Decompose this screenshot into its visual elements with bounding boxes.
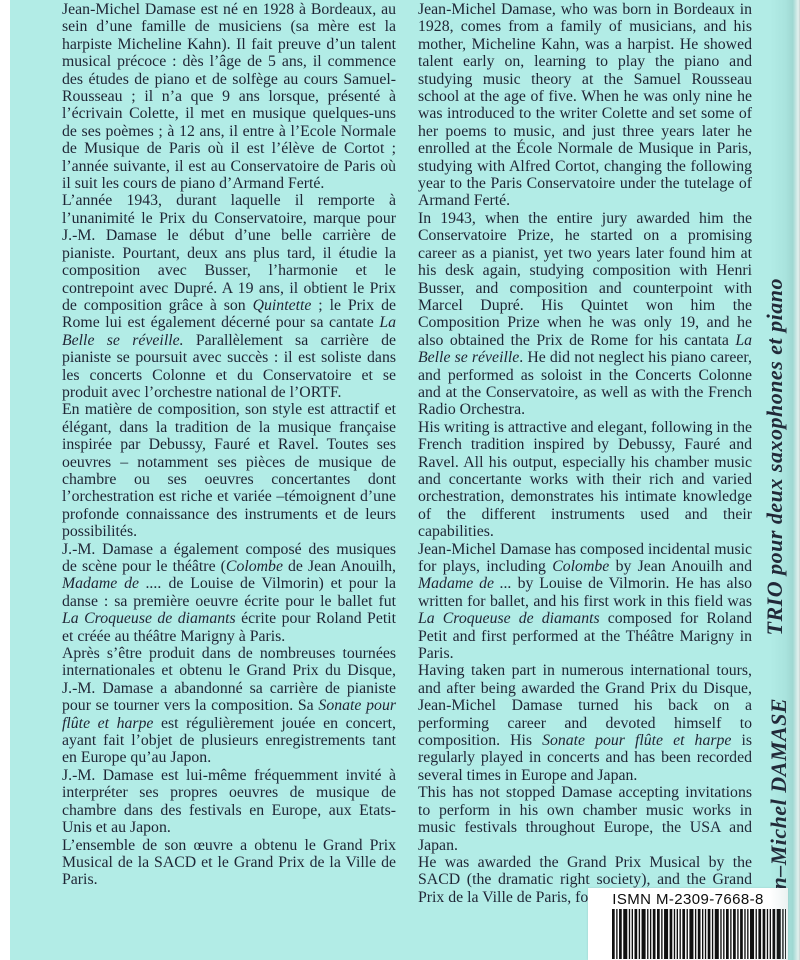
- scan-left-paper-edge: [0, 0, 10, 960]
- paragraph: L’année 1943, durant laquelle il remport…: [62, 192, 396, 401]
- text-run: L’ensemble de son œuvre a obtenu le Gran…: [62, 837, 396, 889]
- italic-title-text: Colombe: [226, 558, 283, 575]
- italic-title-text: Sonate pour flûte et harpe: [542, 732, 731, 749]
- paragraph: J.-M. Damase a également composé des mus…: [62, 541, 396, 645]
- paragraph: Après s’être produit dans de nombreuses …: [62, 645, 396, 767]
- paragraph: In 1943, when the entire jury awarded hi…: [418, 210, 752, 419]
- text-run: by Jean Anouilh and: [609, 558, 752, 575]
- barcode-image: [590, 909, 786, 959]
- text-run: Jean-Michel Damase est né en 1928 à Bord…: [62, 1, 396, 192]
- text-run: L’année 1943, durant laquelle il remport…: [62, 192, 396, 313]
- text-run: Jean-Michel Damase, who was born in Bord…: [418, 1, 752, 209]
- italic-title-text: La Croqueuse de diamants: [418, 610, 600, 627]
- paragraph: Jean-Michel Damase est né en 1928 à Bord…: [62, 1, 396, 192]
- italic-title-text: Quintette: [253, 297, 312, 314]
- paragraph: This has not stopped Damase accepting in…: [418, 784, 752, 854]
- text-run: This has not stopped Damase accepting in…: [418, 784, 752, 853]
- italic-title-text: Colombe: [552, 558, 609, 575]
- text-run: His writing is attractive and elegant, f…: [418, 419, 752, 540]
- barcode-panel: ISMN M-2309-7668-8: [588, 888, 788, 960]
- text-run: En matière de composition, son style est…: [62, 401, 396, 540]
- paragraph: His writing is attractive and elegant, f…: [418, 419, 752, 541]
- french-biography-column: Jean-Michel Damase est né en 1928 à Bord…: [62, 1, 396, 889]
- paragraph: J.-M. Damase est lui-même fréquemment in…: [62, 767, 396, 837]
- paragraph: L’ensemble de son œuvre a obtenu le Gran…: [62, 837, 396, 889]
- text-run: de Jean Anouilh,: [283, 558, 396, 575]
- ismn-label: ISMN M-2309-7668-8: [588, 891, 788, 908]
- italic-title-text: La Croqueuse de diamants: [62, 610, 236, 627]
- italic-title-text: Madame de ...: [418, 575, 512, 592]
- cover-page: Jean-Michel Damase est né en 1928 à Bord…: [10, 0, 800, 960]
- italic-title-text: Madame de ....: [62, 575, 162, 592]
- english-biography-column: Jean-Michel Damase, who was born in Bord…: [418, 1, 752, 906]
- text-run: J.-M. Damase est lui-même fréquemment in…: [62, 767, 396, 836]
- paragraph: Jean-Michel Damase has composed incident…: [418, 541, 752, 663]
- spine-series-title: TRIO pour deux saxophones et piano: [762, 278, 788, 635]
- text-run: In 1943, when the entire jury awarded hi…: [418, 210, 752, 349]
- paragraph: Having taken part in numerous internatio…: [418, 662, 752, 784]
- paragraph: En matière de composition, son style est…: [62, 401, 396, 540]
- paragraph: Jean-Michel Damase, who was born in Bord…: [418, 1, 752, 210]
